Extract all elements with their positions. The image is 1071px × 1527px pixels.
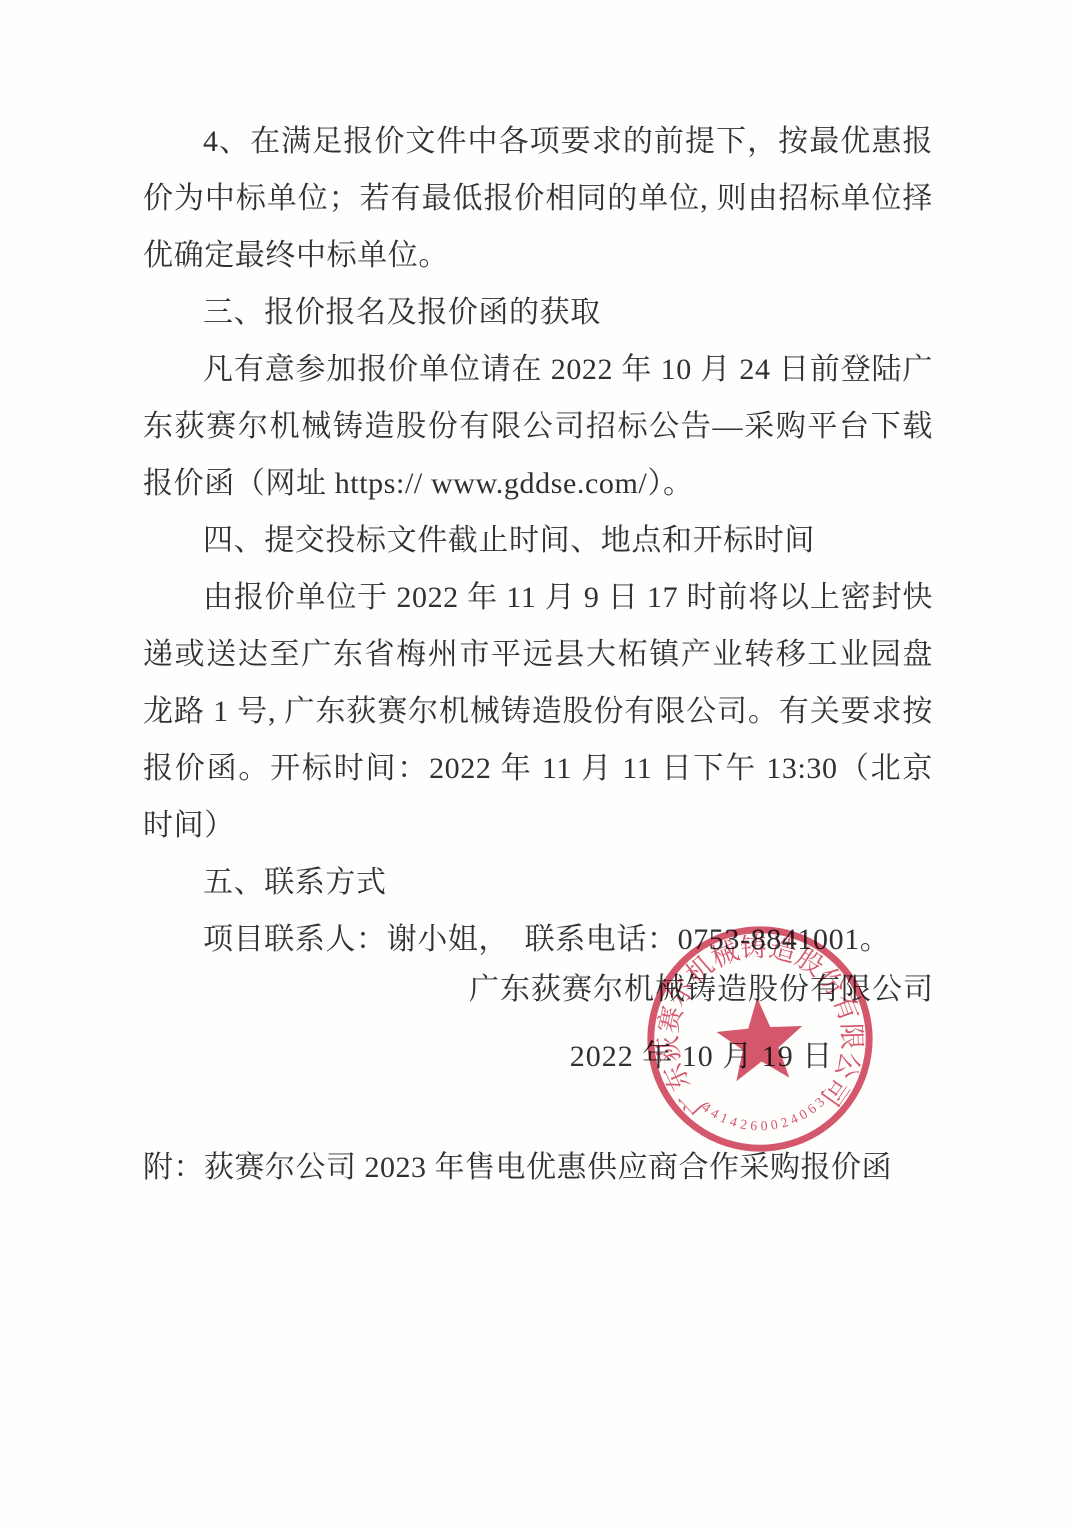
document-body: 4、在满足报价文件中各项要求的前提下，按最优惠报价为中标单位；若有最低报价相同的… <box>143 113 933 968</box>
company-seal-stamp: 广东荻赛尔机械铸造股份有限公司 4414260024063 <box>634 913 886 1165</box>
paragraph-clause-4: 4、在满足报价文件中各项要求的前提下，按最优惠报价为中标单位；若有最低报价相同的… <box>143 113 933 284</box>
paragraph-submission: 由报价单位于 2022 年 11 月 9 日 17 时前将以上密封快递或送达至广… <box>143 569 933 854</box>
section-heading-3: 三、报价报名及报价函的获取 <box>143 284 933 341</box>
section-heading-4: 四、提交投标文件截止时间、地点和开标时间 <box>143 512 933 569</box>
section-heading-5: 五、联系方式 <box>143 854 933 911</box>
seal-serial-container: 4414260024063 <box>698 1091 832 1138</box>
paragraph-registration: 凡有意参加报价单位请在 2022 年 10 月 24 日前登陆广东荻赛尔机械铸造… <box>143 341 933 512</box>
attachment-note: 附：荻赛尔公司 2023 年售电优惠供应商合作采购报价函 <box>143 1139 892 1196</box>
document-page: 4、在满足报价文件中各项要求的前提下，按最优惠报价为中标单位；若有最低报价相同的… <box>0 0 1071 1527</box>
seal-star-icon <box>714 995 805 1083</box>
seal-serial-number: 4414260024063 <box>698 1091 832 1138</box>
